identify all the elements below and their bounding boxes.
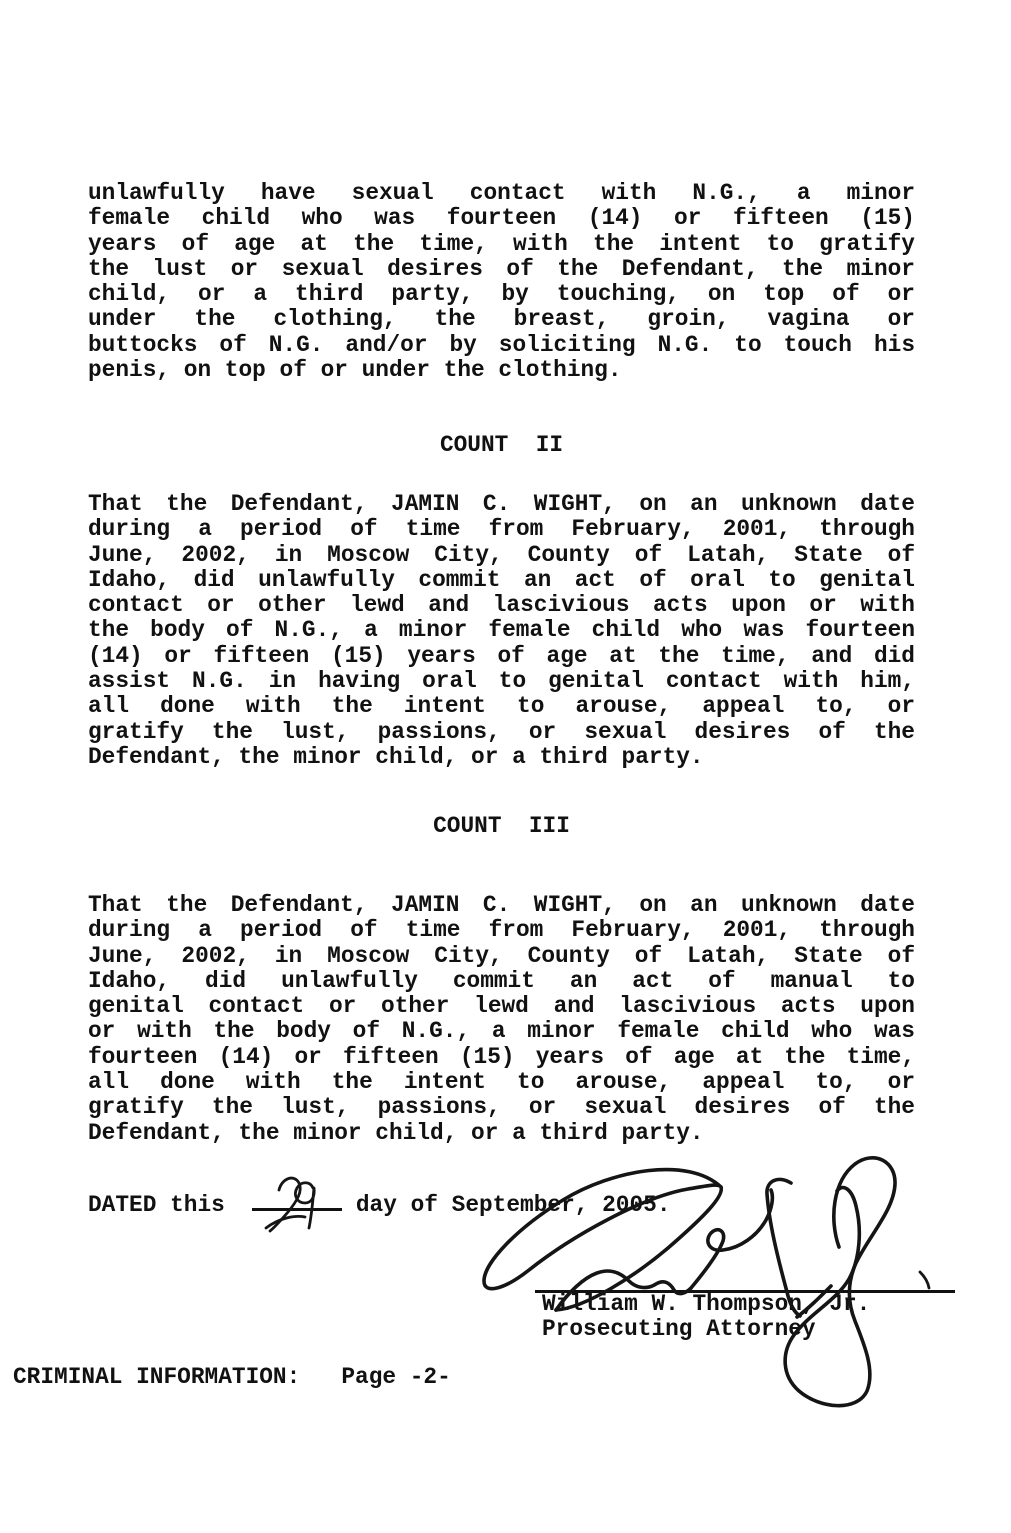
intro-paragraph: unlawfully have sexual contact with N.G.… [88,181,915,383]
text-line: the body of N.G., a minor female child w… [88,618,915,643]
text-line: Idaho, did unlawfully commit an act of o… [88,568,915,593]
dated-line: DATED this day of September, 2005. [88,1193,671,1218]
count-ii-paragraph: That the Defendant, JAMIN C. WIGHT, on a… [88,492,915,770]
text-line: contact or other lewd and lascivious act… [88,593,915,618]
text-line: fourteen (14) or fifteen (15) years of a… [88,1045,915,1070]
text-line: child, or a third party, by touching, on… [88,282,915,307]
signatory-name: William W. Thompson, Jr. [542,1292,870,1317]
pen-tick-mark [920,1272,929,1288]
text-line: That the Defendant, JAMIN C. WIGHT, on a… [88,893,915,918]
signatory-title: Prosecuting Attorney [542,1317,870,1342]
text-line: That the Defendant, JAMIN C. WIGHT, on a… [88,492,915,517]
text-line: buttocks of N.G. and/or by soliciting N.… [88,333,915,358]
document-page: unlawfully have sexual contact with N.G.… [0,0,1011,1533]
count-ii-heading: COUNT II [88,433,915,458]
text-line: assist N.G. in having oral to genital co… [88,669,915,694]
text-line: under the clothing, the breast, groin, v… [88,307,915,332]
text-line: gratify the lust, passions, or sexual de… [88,720,915,745]
count-iii-paragraph: That the Defendant, JAMIN C. WIGHT, on a… [88,893,915,1146]
text-line: Defendant, the minor child, or a third p… [88,745,915,770]
count-iii-heading: COUNT III [88,814,915,839]
text-line: years of age at the time, with the inten… [88,232,915,257]
dated-prefix: DATED this [88,1192,225,1218]
text-line: all done with the intent to arouse, appe… [88,694,915,719]
text-line: during a period of time from February, 2… [88,517,915,542]
dated-suffix: day of September, 2005. [356,1192,671,1218]
text-line: Idaho, did unlawfully commit an act of m… [88,969,915,994]
date-blank-line [252,1208,342,1211]
text-line: female child who was fourteen (14) or fi… [88,206,915,231]
text-line: gratify the lust, passions, or sexual de… [88,1095,915,1120]
text-line: or with the body of N.G., a minor female… [88,1019,915,1044]
text-line: the lust or sexual desires of the Defend… [88,257,915,282]
text-line: June, 2002, in Moscow City, County of La… [88,543,915,568]
signature-block: William W. Thompson, Jr. Prosecuting Att… [542,1292,870,1343]
text-line: Defendant, the minor child, or a third p… [88,1121,915,1146]
text-line: (14) or fifteen (15) years of age at the… [88,644,915,669]
text-line: penis, on top of or under the clothing. [88,358,915,383]
text-line: unlawfully have sexual contact with N.G.… [88,181,915,206]
text-line: genital contact or other lewd and lasciv… [88,994,915,1019]
text-line: June, 2002, in Moscow City, County of La… [88,944,915,969]
page-footer: CRIMINAL INFORMATION: Page -2- [13,1365,451,1390]
text-line: all done with the intent to arouse, appe… [88,1070,915,1095]
text-line: during a period of time from February, 2… [88,918,915,943]
